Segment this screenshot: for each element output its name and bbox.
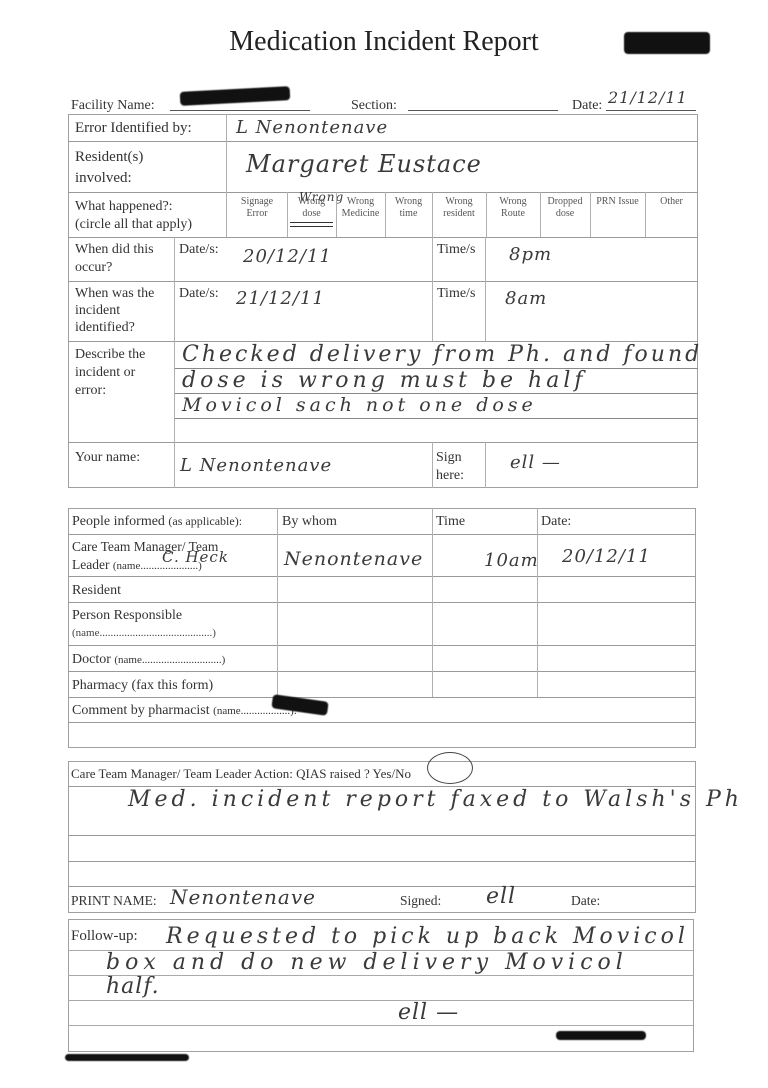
error-identified-label: Error Identified by: — [75, 120, 192, 137]
followup-signature[interactable]: ell — — [398, 1000, 459, 1025]
occur-label-1: When did this — [75, 241, 154, 258]
qias-question: Care Team Manager/ Team Leader Action: Q… — [71, 766, 370, 781]
person-responsible-label-2: (name...................................… — [72, 627, 216, 639]
identified-time-value[interactable]: 8am — [505, 288, 547, 309]
doctor-label: Doctor (name............................… — [72, 651, 225, 669]
pharmacist-comment-label: Comment by pharmacist (name.............… — [72, 702, 297, 720]
identified-label-3: identified? — [75, 319, 135, 336]
facility-underline — [170, 110, 310, 111]
describe-label-3: error: — [75, 382, 106, 399]
redacted-signature — [556, 1031, 646, 1040]
redacted-footer — [65, 1054, 189, 1061]
date-underline — [606, 110, 696, 111]
facility-label: Facility Name: — [71, 97, 155, 114]
category-wrong-time[interactable]: Wrongtime — [385, 196, 432, 220]
qias-label: Care Team Manager/ Team Leader Action: Q… — [71, 765, 411, 782]
category-wrong-resident[interactable]: Wrongresident — [432, 196, 486, 220]
selected-underline — [290, 226, 333, 227]
identified-date-value[interactable]: 21/12/11 — [236, 288, 325, 309]
category-dropped-dose[interactable]: Droppeddose — [540, 196, 590, 220]
date-label: Date: — [572, 97, 602, 114]
action-notes[interactable]: Med. incident report faxed to Walsh's Ph — [128, 787, 743, 812]
date-value[interactable]: 21/12/11 — [608, 88, 688, 107]
resident-label-2: involved: — [75, 170, 132, 187]
informed-header-label: People informed (as applicable): — [72, 513, 242, 530]
by-whom-header: By whom — [282, 513, 337, 530]
facility-name-redacted — [180, 86, 291, 106]
followup-line-1[interactable]: Requested to pick up back Movicol — [166, 924, 689, 949]
signed-value[interactable]: ell — [486, 884, 516, 909]
pharmacy-label: Pharmacy (fax this form) — [72, 677, 213, 694]
resident-row-label: Resident — [72, 582, 121, 599]
identified-label-2: incident — [75, 302, 120, 319]
resident-label-1: Resident(s) — [75, 149, 143, 166]
error-identified-value[interactable]: L Nenontenave — [236, 117, 388, 138]
sign-value[interactable]: ell — — [510, 452, 561, 473]
describe-label-2: incident or — [75, 364, 135, 381]
date-header: Date: — [541, 513, 571, 530]
care-manager-name[interactable]: C. Heck — [162, 548, 229, 566]
occur-date-value[interactable]: 20/12/11 — [243, 246, 332, 267]
occur-time-value[interactable]: 8pm — [509, 244, 552, 265]
identified-time-label: Time/s — [437, 285, 475, 302]
care-manager-date[interactable]: 20/12/11 — [562, 546, 651, 567]
followup-label: Follow-up: — [71, 928, 138, 945]
section-label: Section: — [351, 97, 397, 114]
redacted-logo — [624, 32, 710, 54]
what-happened-label-1: What happened?: — [75, 198, 173, 215]
category-prn-issue[interactable]: PRN Issue — [590, 196, 645, 208]
qias-no-option[interactable]: No — [395, 766, 411, 781]
action-date-label: Date: — [571, 892, 600, 909]
time-header: Time — [436, 513, 465, 530]
action-section — [68, 761, 696, 913]
describe-label-1: Describe the — [75, 346, 145, 363]
description-line-2[interactable]: dose is wrong must be half — [182, 368, 587, 393]
print-name-label: PRINT NAME: — [71, 892, 157, 909]
what-happened-label-2: (circle all that apply) — [75, 216, 192, 233]
occur-label-2: occur? — [75, 259, 112, 276]
person-responsible-label-1: Person Responsible — [72, 607, 182, 624]
informed-label-note: (as applicable): — [168, 514, 242, 528]
followup-line-2[interactable]: box and do new delivery Movicol — [106, 950, 628, 975]
your-name-value[interactable]: L Nenontenave — [180, 455, 332, 476]
sign-label-1: Sign — [436, 449, 462, 466]
care-manager-by-whom[interactable]: Nenontenave — [284, 548, 423, 570]
selected-underline — [290, 222, 333, 223]
print-name-value[interactable]: Nenontenave — [170, 885, 316, 909]
category-wrong-route[interactable]: WrongRoute — [486, 196, 540, 220]
informed-label-text: People informed — [72, 514, 165, 529]
description-line-1[interactable]: Checked delivery from Ph. and found — [182, 342, 702, 367]
signed-label: Signed: — [400, 892, 441, 909]
care-manager-time[interactable]: 10am — [484, 550, 539, 571]
followup-line-3[interactable]: half. — [106, 974, 160, 999]
occur-time-label: Time/s — [437, 241, 475, 258]
section-underline — [408, 110, 558, 111]
occur-date-label: Date/s: — [179, 241, 219, 258]
qias-yes-option[interactable]: Yes — [373, 766, 392, 781]
category-signage-error[interactable]: SignageError — [227, 196, 287, 220]
category-wrong-medicine[interactable]: WrongMedicine — [336, 196, 385, 220]
identified-label-1: When was the — [75, 285, 154, 302]
your-name-label: Your name: — [75, 449, 140, 466]
description-line-3[interactable]: Movicol sach not one dose — [182, 394, 537, 416]
resident-value[interactable]: Margaret Eustace — [246, 150, 482, 178]
sign-label-2: here: — [436, 467, 464, 484]
identified-date-label: Date/s: — [179, 285, 219, 302]
category-other[interactable]: Other — [645, 196, 698, 208]
yes-selected-circle — [427, 752, 473, 784]
